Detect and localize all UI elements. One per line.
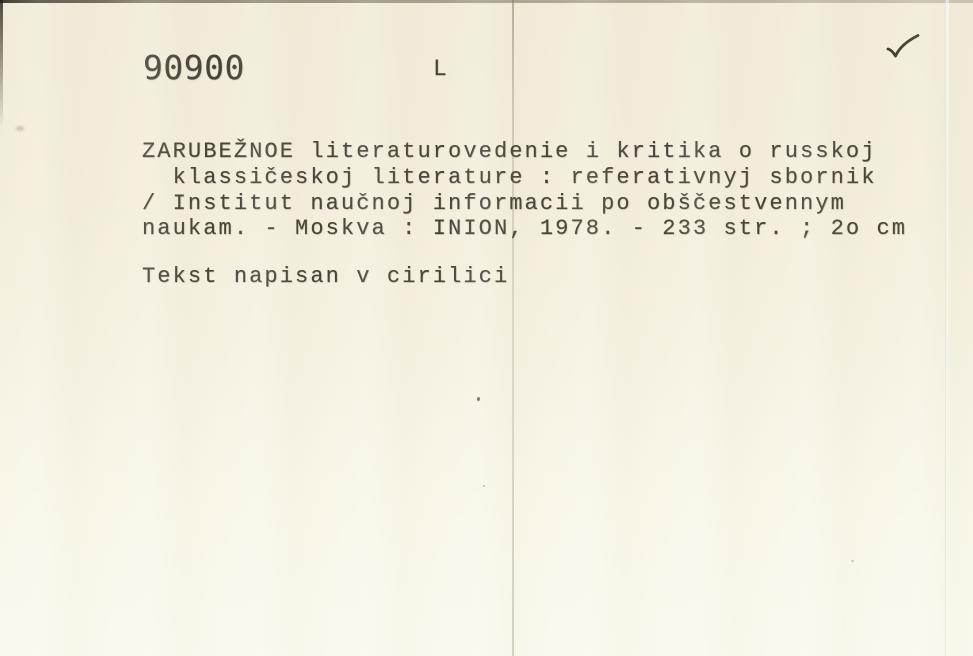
catalog-card: 90900 L ZARUBEŽNOE literaturovedenie i k… xyxy=(0,0,973,656)
bibliographic-entry: ZARUBEŽNOE literaturovedenie i kritika o… xyxy=(142,139,907,242)
paper-smudge xyxy=(16,126,24,131)
scan-top-edge xyxy=(0,0,973,3)
call-number: 90900 xyxy=(143,51,245,84)
card-right-seam xyxy=(945,0,949,656)
scan-left-edge xyxy=(0,0,3,130)
checkmark-icon xyxy=(884,32,922,62)
paper-speck xyxy=(477,397,480,401)
card-fold-crease xyxy=(512,0,514,656)
script-note: Tekst napisan v cirilici xyxy=(142,264,509,290)
paper-speck xyxy=(483,485,485,487)
section-letter: L xyxy=(433,58,449,81)
paper-speck xyxy=(851,560,854,562)
